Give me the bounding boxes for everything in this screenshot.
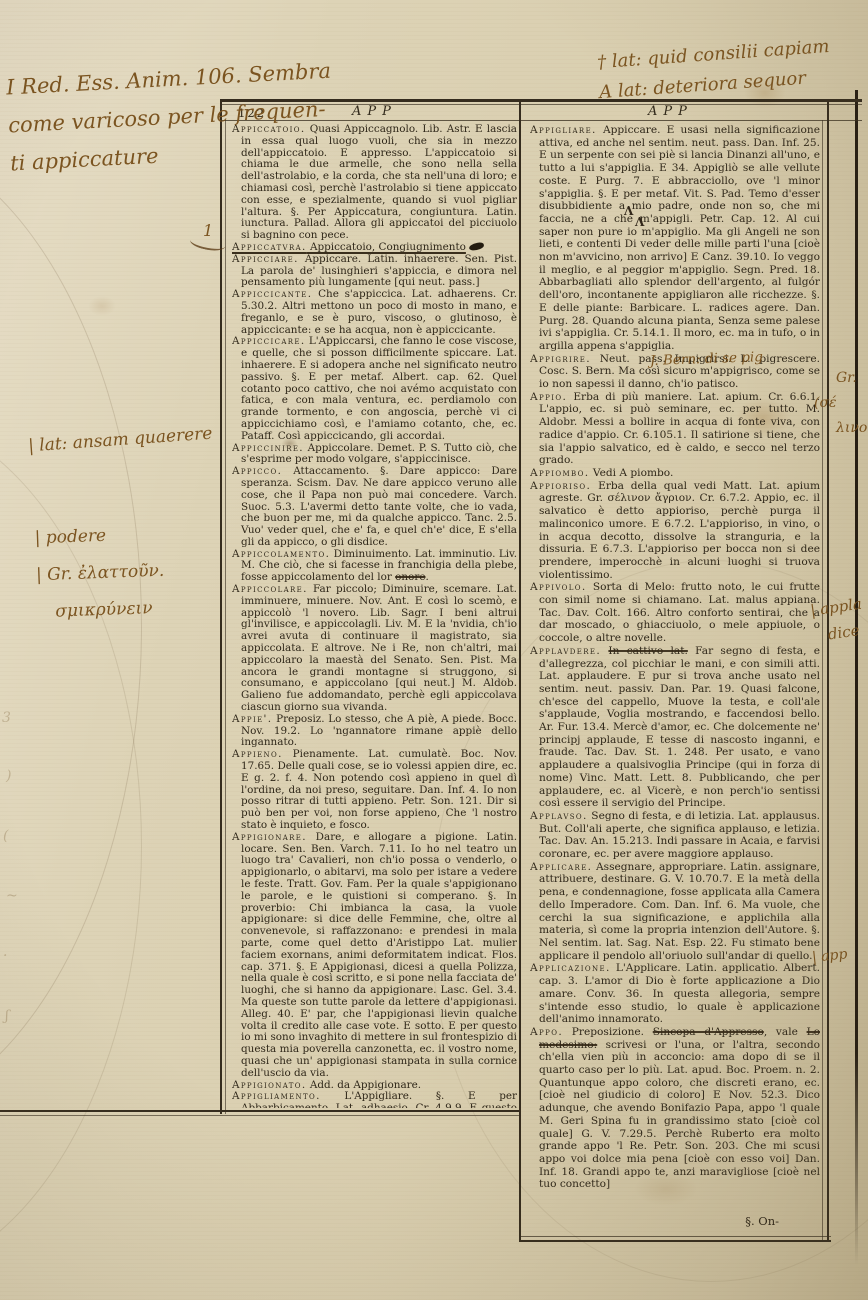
- entry-appigionare: Appigionare. Dare, e allogare a pigione.…: [232, 832, 517, 1080]
- entry-appo: Appo. Preposizione. Sincopa d'Appresso, …: [530, 1026, 820, 1191]
- struck-word: onore: [395, 571, 425, 583]
- bleedthrough-mark: ·: [3, 948, 7, 964]
- headword: Appiccinire.: [232, 442, 304, 454]
- insertion-caret-icon: Λ: [624, 204, 633, 218]
- handwriting-line: | Gr. ἐλαττοῦν.: [35, 553, 164, 594]
- running-head-left: APP: [352, 104, 397, 119]
- headword: Appieno.: [232, 748, 283, 760]
- entry-body: Erba di più maniere. Lat. apium. Cr. 6.6…: [539, 391, 820, 467]
- left-column-bottom-rule: [0, 1110, 521, 1112]
- headword: Appioriso.: [530, 480, 591, 492]
- right-border-inner: [822, 120, 823, 1241]
- right-column-bottom-rule-thin: [519, 1236, 831, 1237]
- entry-appieno: Appieno. Pienamente. Lat. cumulatè. Boc.…: [232, 749, 517, 832]
- headword: Appio.: [530, 391, 567, 403]
- headword: Appigionato.: [232, 1079, 307, 1091]
- entry-body: Dare, e allogare a pigione. Latin. locar…: [241, 831, 517, 1079]
- entry-appio: Appio. Erba di più maniere. Lat. apium. …: [530, 391, 820, 467]
- running-head-right: APP: [648, 104, 693, 119]
- entry-body: L'Appiccarsi, che fanno le cose viscose,…: [241, 335, 517, 441]
- headword: Applavso.: [530, 810, 588, 822]
- struck-phrase: In cattivo lat.: [608, 645, 687, 657]
- entry-appigliamento: Appigliamento. L'Appigliare. §. E per Ab…: [232, 1091, 517, 1108]
- headword: Appiccicare.: [232, 335, 305, 347]
- headword: Applicazione.: [530, 962, 611, 974]
- entry-body: Preposizione.: [563, 1026, 653, 1038]
- headword: Applavdere.: [530, 645, 601, 657]
- bleedthrough-mark: ~: [6, 888, 18, 904]
- bleedthrough-mark: ʃ: [5, 1008, 9, 1024]
- entry-body: Far segno di festa, e d'allegrezza, col …: [539, 645, 820, 809]
- paper-stain: [88, 296, 116, 316]
- entry-body: Preposiz. Lo stesso, che A piè, A piede.…: [241, 713, 517, 749]
- headword: Appivolo.: [530, 581, 587, 593]
- headword: Appiccolamento.: [232, 548, 330, 560]
- entry-appivolo: Appivolo. Sorta di Melo: frutto noto, le…: [530, 581, 820, 645]
- handwriting-line: λινο: [836, 416, 867, 441]
- entry-body: Attaccamento. §. Dare appicco: Dare sper…: [241, 465, 517, 548]
- left-border-outer: [220, 99, 222, 1114]
- headword: Applicare.: [530, 861, 592, 873]
- entry-appiccinire: Appiccinire. Appiccolare. Demet. P. S. T…: [232, 443, 517, 467]
- handwriting-line: Gr.: [836, 366, 867, 391]
- right-border-outer: [827, 99, 829, 1241]
- margin-note-appla: | appla dice: [809, 591, 867, 650]
- handwriting-line: (σέ: [814, 391, 867, 416]
- handwriting-line: σμικρύνειν: [37, 590, 166, 631]
- headword: Appiccicante.: [232, 288, 312, 300]
- insertion-caret-icon: Λ: [635, 215, 644, 229]
- catchword: §. On-: [519, 1214, 779, 1228]
- entry-applaudere: Applavdere. In cattivo lat. Far segno di…: [530, 645, 820, 810]
- margin-note-ansam: | lat: ansam quaerere: [28, 424, 213, 457]
- entry-applicare: Applicare. Assegnare, appropriare. Latin…: [530, 861, 820, 963]
- left-border-inner: [225, 120, 226, 1114]
- entry-applauso: Applavso. Segno di festa, e di letizia. …: [530, 810, 820, 861]
- left-column: Appiccatoio. Quasi Appiccagnolo. Lib. As…: [232, 124, 517, 1108]
- column-divider: [519, 99, 521, 1241]
- entry-appiccicare: Appiccicare. L'Appiccarsi, che fanno le …: [232, 336, 517, 442]
- handwriting-line: | podere: [34, 516, 163, 557]
- headword: Appicciare.: [232, 253, 299, 265]
- right-column: Appigliare. Appiccare. E usasi nella sig…: [530, 124, 820, 1234]
- headword: Appicco.: [232, 465, 282, 477]
- entry-body: Appiccare. E usasi nella significazione …: [539, 124, 820, 352]
- bleedthrough-mark: (: [3, 828, 8, 844]
- entry-appiccolare: Appiccolare. Far piccolo; Diminuire, sce…: [232, 584, 517, 714]
- ink-blot: [468, 242, 484, 251]
- entry-body: Appiccatoio, Congiugnimento: [307, 241, 466, 253]
- entry-appiccicante: Appiccicante. Che s'appiccica. Lat. adha…: [232, 289, 517, 336]
- entry-body: Add. da Appigionare.: [307, 1079, 422, 1091]
- headword: Appiccatvra.: [232, 241, 307, 253]
- margin-note-greek-right: Gr. (σέ λινο: [836, 366, 867, 441]
- entry-appicciare: Appicciare. Appiccare. Latin. inhaerere.…: [232, 254, 517, 289]
- entry-body: Erba della qual vedi Matt. Lat. apium ag…: [539, 480, 820, 581]
- headword: Appiccolare.: [232, 583, 308, 595]
- handwritten-note-top-left: I Red. Ess. Anim. 106. Sembra come varic…: [5, 52, 336, 183]
- bleedthrough-mark: 3: [2, 710, 11, 726]
- margin-note-greek-block: | podere | Gr. ἐλαττοῦν. σμικρύνειν: [34, 516, 166, 631]
- headword: Appiombo.: [530, 467, 590, 479]
- entry-body: scrivesi or l'una, or l'altra, secondo c…: [539, 1039, 820, 1191]
- entry-body: Assegnare, appropriare. Latin. assignare…: [539, 861, 820, 962]
- scanned-dictionary-page: 122 APP APP Appiccatoio. Quasi Appiccagn…: [0, 0, 868, 1300]
- entry-body: Far piccolo; Diminuire, scemare. Lat. im…: [241, 583, 517, 713]
- entry-appioriso: Appioriso. Erba della qual vedi Matt. La…: [530, 480, 820, 582]
- margin-note-app: | app: [811, 946, 848, 966]
- entry-applicazione: Applicazione. L'Applicare. Latin. applic…: [530, 962, 820, 1026]
- entry-body: Pienamente. Lat. cumulatè. Boc. Nov. 17.…: [241, 748, 517, 831]
- entry-appiombo: Appiombo. Vedi A piombo.: [530, 467, 820, 480]
- headword: Appigrire.: [530, 353, 591, 365]
- handwritten-note-top-right: † lat: quid consilii capiam A lat: deter…: [596, 32, 832, 108]
- entry-appiccolamento: Appiccolamento. Diminuimento. Lat. immin…: [232, 549, 517, 584]
- headword: Appie'.: [232, 713, 272, 725]
- right-column-bottom-rule: [519, 1240, 831, 1242]
- entry-body: .: [425, 571, 428, 583]
- entry-appicco: Appicco. Attaccamento. §. Dare appicco: …: [232, 466, 517, 549]
- struck-phrase: Sincopa d'Appresso: [653, 1026, 764, 1038]
- entry-body: Vedi A piombo.: [590, 467, 674, 479]
- headword: Appigliare.: [530, 124, 597, 136]
- entry-appie: Appie'. Preposiz. Lo stesso, che A piè, …: [232, 714, 517, 749]
- headword: Appo.: [530, 1026, 563, 1038]
- page-edge-shadow: [855, 90, 858, 1265]
- left-column-bottom-rule-thin: [0, 1115, 521, 1116]
- headword: Appigliamento.: [232, 1090, 321, 1102]
- entry-appigliare: Appigliare. Appiccare. E usasi nella sig…: [530, 124, 820, 353]
- entry-body: , vale: [764, 1026, 807, 1038]
- bleedthrough-mark: ): [6, 768, 11, 784]
- headword: Appigionare.: [232, 831, 307, 843]
